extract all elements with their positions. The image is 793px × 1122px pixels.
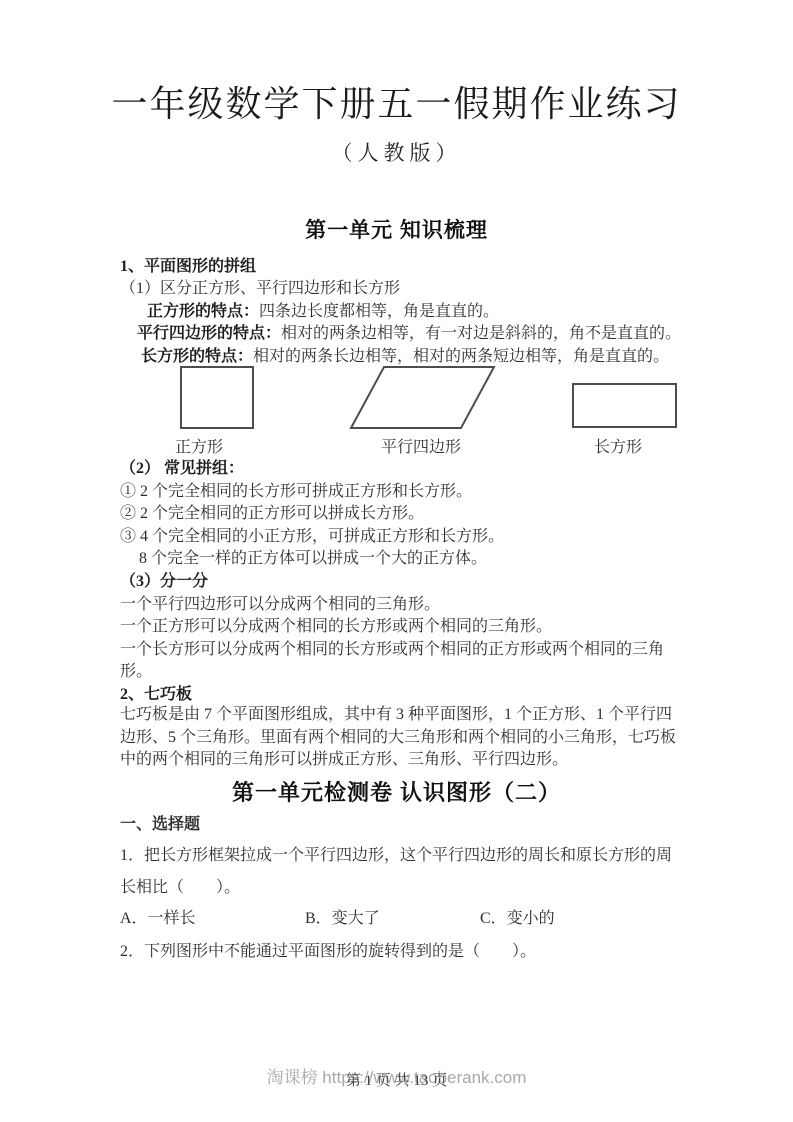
split-rule-3-cont: 形。 — [120, 661, 740, 684]
worksheet-page: 一年级数学下册五一假期作业练习 （人教版） 第一单元 知识梳理 1、平面图形的拼… — [0, 0, 793, 1122]
tangram-line-2: 边形、5 个三角形。里面有两个相同的大三角形和两个相同的小三角形，七巧板 — [120, 727, 740, 750]
tangram-line-3: 中的两个相同的三角形可以拼成正方形、三角形、平行四边形。 — [120, 749, 740, 772]
tangram-line-1: 七巧板是由 7 个平面图形组成，其中有 3 种平面图形，1 个正方形、1 个平行… — [120, 704, 740, 727]
question-1-line-1: 1．把长方形框架拉成一个平行四边形，这个平行四边形的周长和原长方形的周 — [120, 845, 672, 867]
page-number-info: 第 1 页 共 13 页 — [0, 1071, 793, 1091]
parallelogram-shape-label: 平行四边形 — [361, 438, 481, 458]
split-rule-1: 一个平行四边形可以分成两个相同的三角形。 — [120, 594, 740, 617]
rectangle-shape-label: 长方形 — [568, 438, 668, 458]
document-title: 一年级数学下册五一假期作业练习 — [0, 84, 793, 124]
parallelogram-feature-label: 平行四边形的特点： — [137, 325, 281, 342]
square-shape-label: 正方形 — [149, 438, 249, 458]
knowledge-intro-block: 1、平面图形的拼组 （1）区分正方形、平行四边形和长方形 正方形的特点：四条边长… — [120, 256, 740, 368]
question-2: 2．下列图形中不能通过平面图形的旋转得到的是（ ）。 — [120, 941, 536, 963]
knowledge-combos-block: （2） 常见拼组： ① 2 个完全相同的长方形可拼成正方形和长方形。 ② 2 个… — [120, 458, 740, 707]
question-1-options-row: A．一样长 B．变大了 C．变小的 — [0, 908, 793, 930]
rectangle-feature-label: 长方形的特点： — [141, 348, 253, 365]
combo-item-4: 8 个完全一样的正方体可以拼成一个大的正方体。 — [120, 548, 740, 571]
square-shape — [180, 366, 254, 429]
question-1-line-2: 长相比（ ）。 — [120, 877, 240, 899]
plane-figures-item-title: 1、平面图形的拼组 — [120, 256, 740, 278]
test-section-heading: 第一单元检测卷 认识图形（二） — [0, 779, 793, 806]
common-combos-subtitle: （2） 常见拼组： — [120, 458, 740, 481]
knowledge-section-heading: 第一单元 知识梳理 — [0, 218, 793, 244]
distinguish-shapes-subtitle: （1）区分正方形、平行四边形和长方形 — [120, 278, 740, 300]
combo-item-3: ③ 4 个完全相同的小正方形，可拼成正方形和长方形。 — [120, 526, 740, 549]
parallelogram-shape — [345, 361, 501, 431]
document-edition: （人教版） — [0, 139, 793, 167]
rectangle-shape — [572, 383, 677, 428]
parallelogram-feature-text: 相对的两条边相等，有一对边是斜斜的，角不是直直的。 — [281, 325, 681, 342]
combo-item-1: ① 2 个完全相同的长方形可拼成正方形和长方形。 — [120, 481, 740, 504]
option-c: C．变小的 — [480, 908, 555, 930]
split-rule-3: 一个长方形可以分成两个相同的长方形或两个相同的正方形或两个相同的三角 — [120, 639, 740, 662]
square-feature-label: 正方形的特点： — [147, 303, 259, 320]
split-rule-2: 一个正方形可以分成两个相同的长方形或两个相同的三角形。 — [120, 616, 740, 639]
square-feature-line: 正方形的特点：四条边长度都相等，角是直直的。 — [120, 301, 740, 323]
parallelogram-feature-line: 平行四边形的特点：相对的两条边相等，有一对边是斜斜的，角不是直直的。 — [120, 323, 740, 345]
option-a: A．一样长 — [120, 908, 196, 930]
combo-item-2: ② 2 个完全相同的正方形可以拼成长方形。 — [120, 503, 740, 526]
divide-subtitle: （3）分一分 — [120, 571, 740, 594]
multiple-choice-section-title: 一、选择题 — [120, 814, 200, 836]
option-b: B．变大了 — [305, 908, 380, 930]
square-feature-text: 四条边长度都相等，角是直直的。 — [259, 303, 499, 320]
tangram-paragraph: 七巧板是由 7 个平面图形组成，其中有 3 种平面图形，1 个正方形、1 个平行… — [120, 704, 740, 772]
